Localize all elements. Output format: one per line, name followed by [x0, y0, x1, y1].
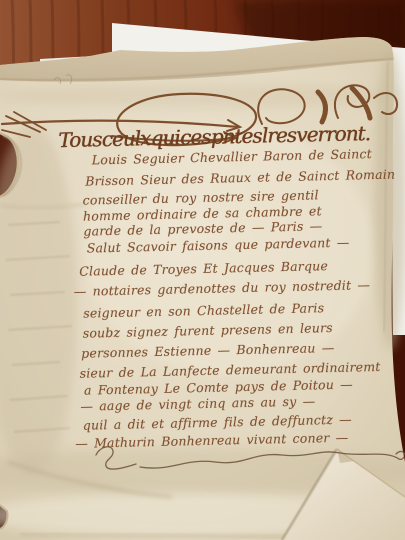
photo-of-parchment-manuscript: Tous ceulx qui ces pntes lres verront. L… — [0, 0, 405, 540]
fold-shadow — [0, 84, 400, 108]
manuscript-photo-artwork — [0, 0, 405, 540]
center-highlight — [85, 125, 375, 375]
